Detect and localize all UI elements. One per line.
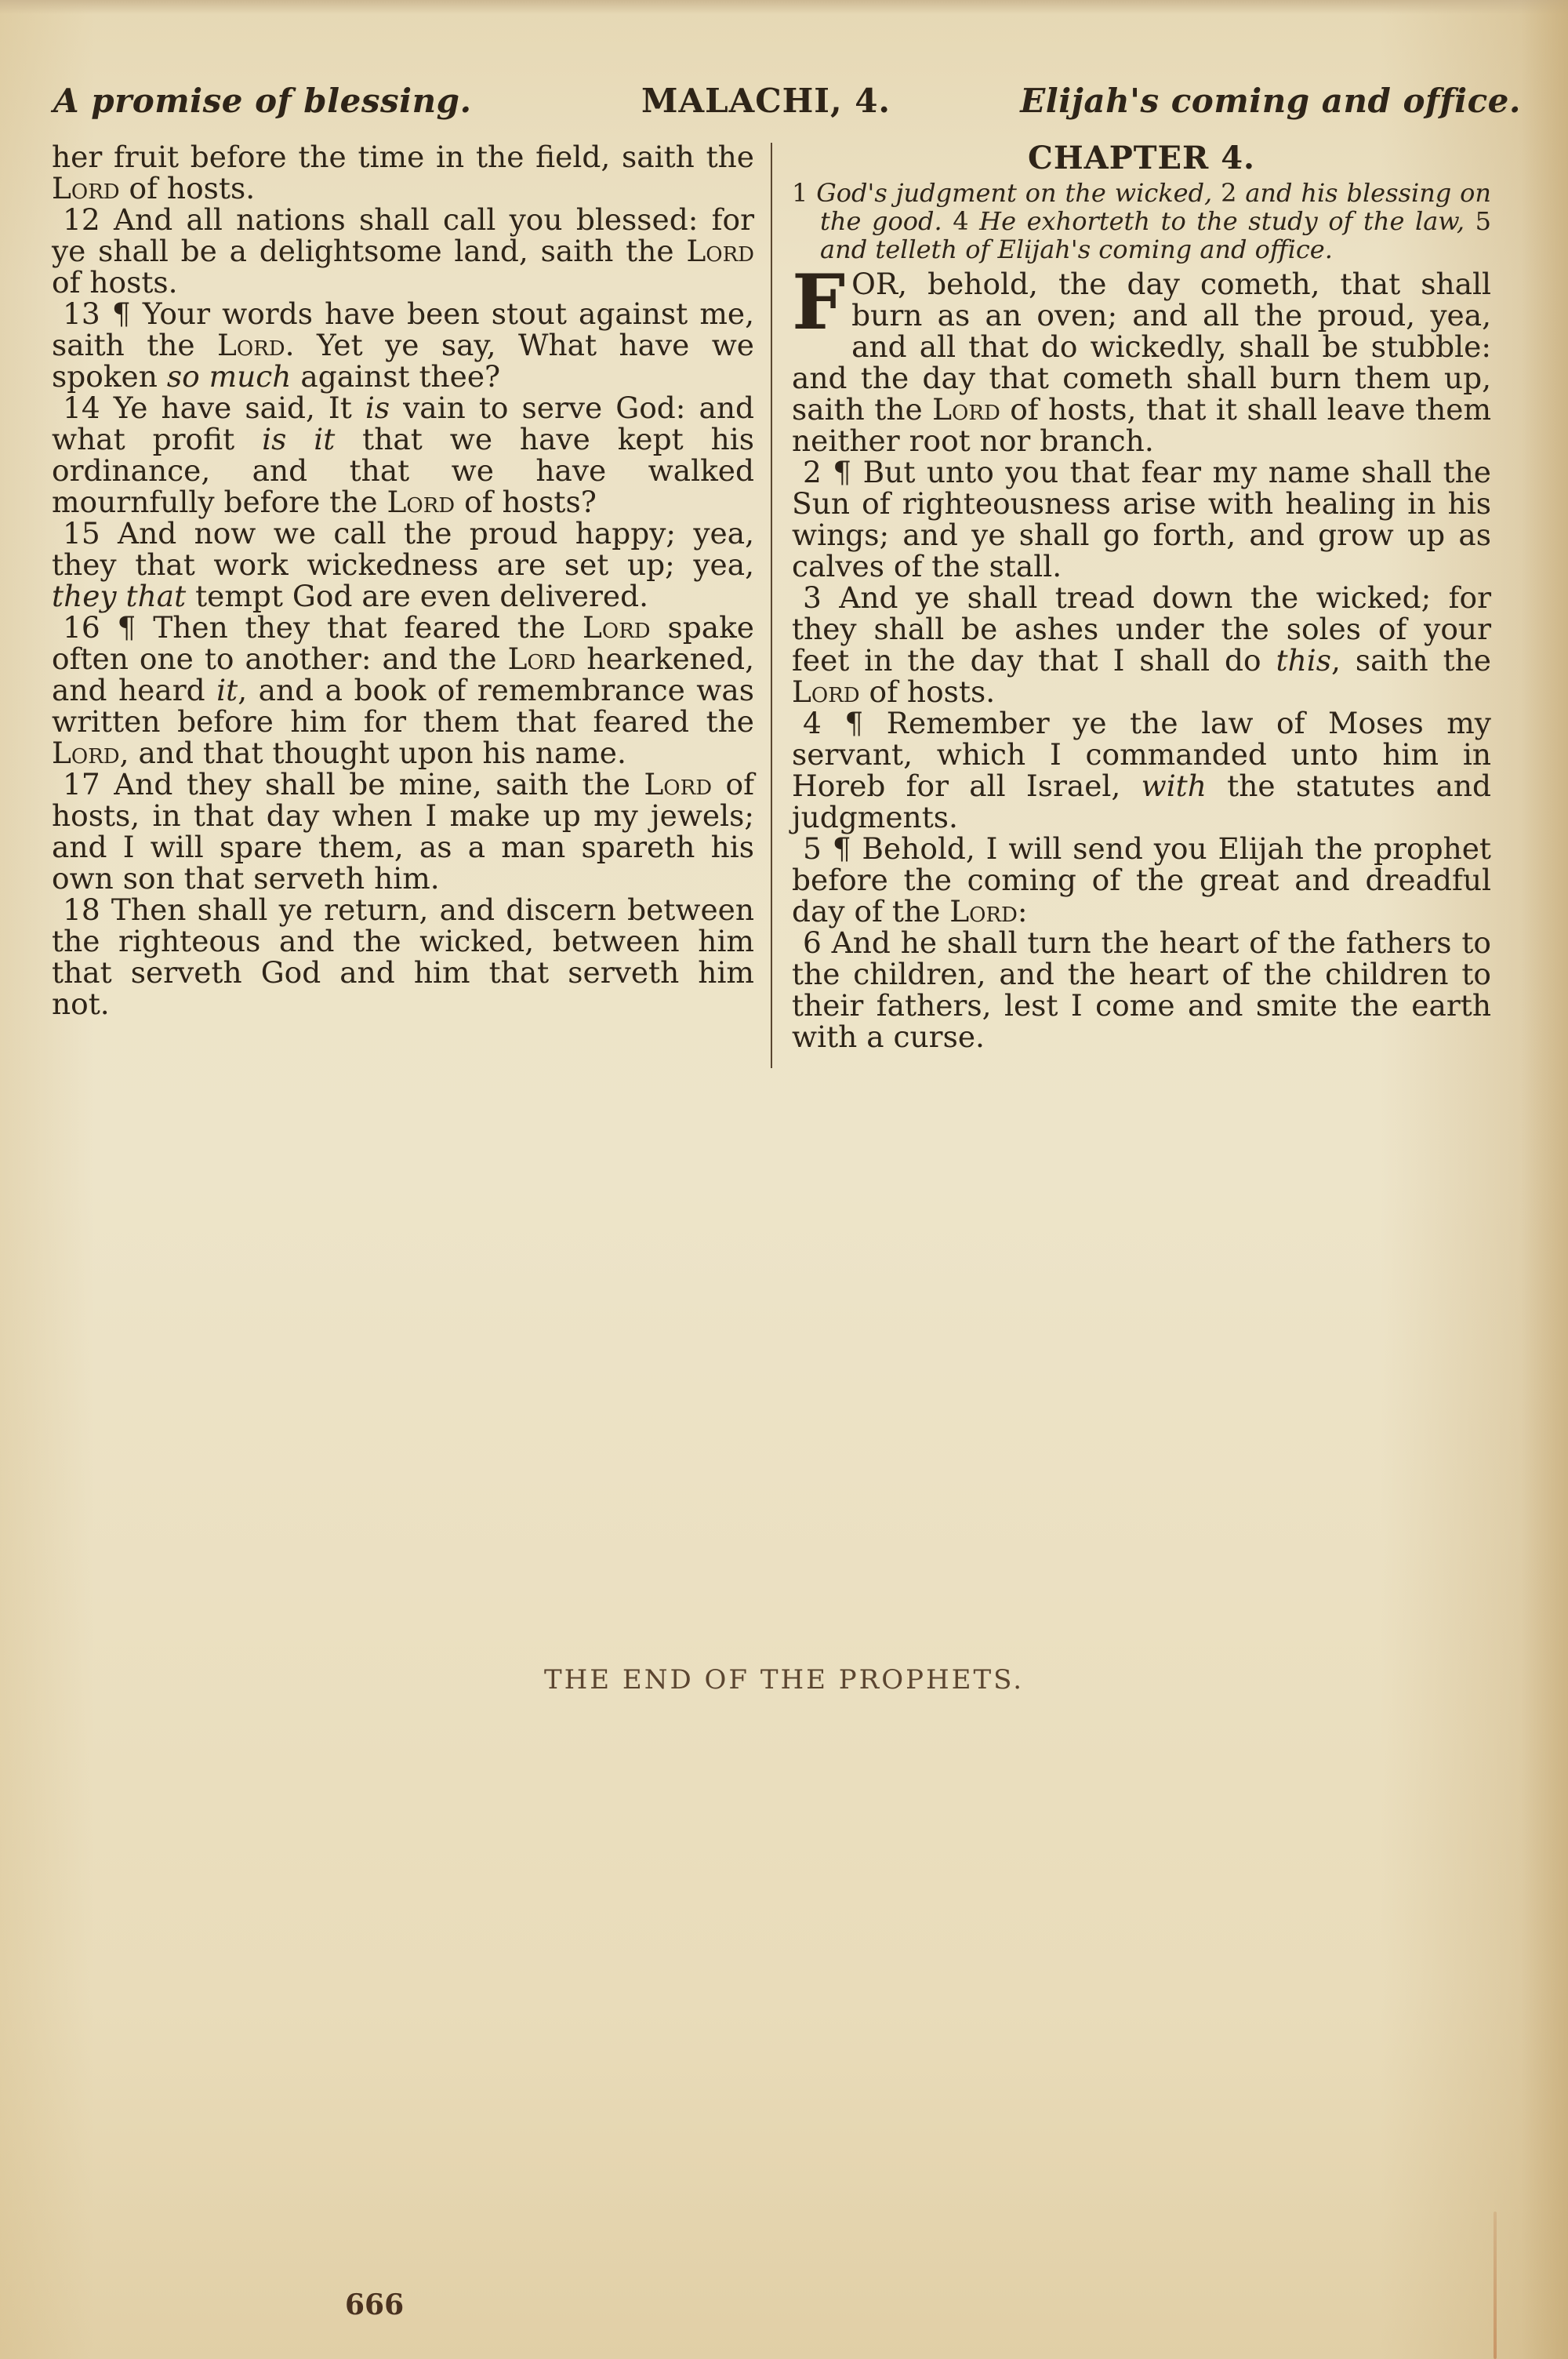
summary-text: and telleth of Elijah's coming and offic… — [820, 234, 1333, 264]
verse-text: of hosts? — [455, 485, 597, 519]
verse-text: of hosts. — [52, 265, 178, 300]
lord-small-caps: Lord — [949, 894, 1018, 929]
lord-small-caps: Lord — [52, 736, 120, 770]
summary-text: He exhorteth to the study of the law, — [979, 206, 1465, 236]
verse-number: 18 — [63, 892, 111, 927]
lord-small-caps: Lord — [508, 642, 576, 676]
verse-number: 2 ¶ — [803, 455, 863, 489]
verse-text: And now we call the proud happy; yea, th… — [52, 516, 754, 582]
page-top-edge — [0, 0, 1568, 14]
right-column: CHAPTER 4. 1 God's judgment on the wicke… — [792, 141, 1491, 1052]
summary-verse-ref: 4 — [942, 206, 980, 236]
summary-verse-ref: 5 — [1465, 206, 1491, 236]
verse-number: 13 ¶ — [63, 296, 143, 331]
continuation-text: her fruit before the time in the field, … — [52, 140, 754, 174]
verse: 3 And ye shall tread down the wicked; fo… — [792, 582, 1491, 707]
italic-text: it — [216, 673, 238, 707]
verse: 18 Then shall ye return, and discern bet… — [52, 894, 754, 1020]
verse: 6 And he shall turn the heart of the fat… — [792, 927, 1491, 1052]
italic-text: this — [1276, 643, 1331, 678]
verse: 15 And now we call the proud happy; yea,… — [52, 518, 754, 612]
lord-small-caps: Lord — [583, 610, 651, 645]
lord-small-caps: Lord — [217, 328, 285, 362]
verse: 14 Ye have said, It is vain to serve God… — [52, 392, 754, 518]
verse-number: 6 — [803, 925, 832, 960]
verse-text: And he shall turn the heart of the fathe… — [792, 925, 1491, 1054]
lord-small-caps: Lord — [792, 674, 860, 709]
paper-stain — [1494, 2212, 1497, 2359]
verse: 4 ¶ Remember ye the law of Moses my serv… — [792, 707, 1491, 833]
lord-small-caps: Lord — [387, 485, 456, 519]
summary-verse-ref: 1 — [792, 178, 816, 208]
running-header: A promise of blessing. MALACHI, 4. Elija… — [47, 78, 1521, 133]
end-of-prophets-note: THE END OF THE PROPHETS. — [0, 1664, 1568, 1696]
verse-text: And they shall be mine, saith the — [114, 767, 644, 801]
italic-text: is — [365, 391, 390, 425]
right-verse-list: 2 ¶ But unto you that fear my name shall… — [792, 456, 1491, 1052]
verse-text: , saith the — [1331, 643, 1491, 678]
summary-text: God's judgment on the wicked, — [816, 178, 1212, 208]
verse-text: Ye have said, It — [114, 391, 365, 425]
italic-text: they that — [52, 579, 186, 613]
verse-text: , and that thought upon his name. — [120, 736, 626, 770]
italic-text: is it — [262, 422, 335, 456]
lord-small-caps: Lord — [686, 234, 754, 268]
italic-text: with — [1142, 769, 1207, 803]
verse: 13 ¶ Your words have been stout against … — [52, 298, 754, 392]
lord-small-caps: Lord — [932, 392, 1000, 427]
verse-number: 4 ¶ — [803, 706, 887, 740]
verse-number: 17 — [63, 767, 114, 801]
verse-number: 12 — [63, 202, 114, 237]
verse-text: Then shall ye return, and discern betwee… — [52, 892, 754, 1021]
verse-continuation: her fruit before the time in the field, … — [52, 141, 754, 204]
left-column: her fruit before the time in the field, … — [52, 141, 754, 1020]
verse-text: But unto you that fear my name shall the… — [792, 455, 1491, 583]
verse-1: F OR, behold, the day cometh, that shall… — [792, 268, 1491, 456]
header-book-chapter: MALACHI, 4. — [641, 82, 891, 120]
lord-small-caps: Lord — [52, 171, 120, 205]
book-page: A promise of blessing. MALACHI, 4. Elija… — [0, 0, 1568, 2359]
verse: 17 And they shall be mine, saith the Lor… — [52, 769, 754, 894]
verse-text: Behold, I will send you Elijah the proph… — [792, 831, 1491, 929]
drop-cap: F — [792, 271, 845, 334]
verse-text: : — [1018, 894, 1028, 929]
italic-text: so much — [167, 359, 292, 394]
verse-text: tempt God are even delivered. — [186, 579, 648, 613]
verse-text: Then they that feared the — [153, 610, 583, 645]
verse: 12 And all nations shall call you blesse… — [52, 204, 754, 298]
verse-text: against thee? — [291, 359, 500, 394]
verse-number: 3 — [803, 580, 839, 615]
verse-number: 16 ¶ — [63, 610, 153, 645]
continuation-text: of hosts. — [120, 171, 256, 205]
verse-number: 15 — [63, 516, 118, 551]
summary-verse-ref: 2 — [1212, 178, 1245, 208]
chapter-summary: 1 God's judgment on the wicked, 2 and hi… — [792, 179, 1491, 264]
lord-small-caps: Lord — [644, 767, 712, 801]
verse-number: 14 — [63, 391, 114, 425]
verse: 5 ¶ Behold, I will send you Elijah the p… — [792, 833, 1491, 927]
verse-number: 5 ¶ — [803, 831, 862, 866]
left-verse-list: 12 And all nations shall call you blesse… — [52, 204, 754, 1020]
column-divider — [771, 143, 772, 1068]
verse-text: of hosts. — [860, 674, 996, 709]
verse: 16 ¶ Then they that feared the Lord spak… — [52, 612, 754, 769]
header-right-summary: Elijah's coming and office. — [1020, 82, 1521, 120]
header-left-summary: A promise of blessing. — [53, 82, 472, 120]
verse: 2 ¶ But unto you that fear my name shall… — [792, 456, 1491, 582]
page-number: 666 — [345, 2288, 404, 2321]
page-gutter-shadow — [1521, 0, 1568, 2359]
chapter-title: CHAPTER 4. — [792, 141, 1491, 176]
verse-text: And all nations shall call you blessed: … — [52, 202, 754, 268]
